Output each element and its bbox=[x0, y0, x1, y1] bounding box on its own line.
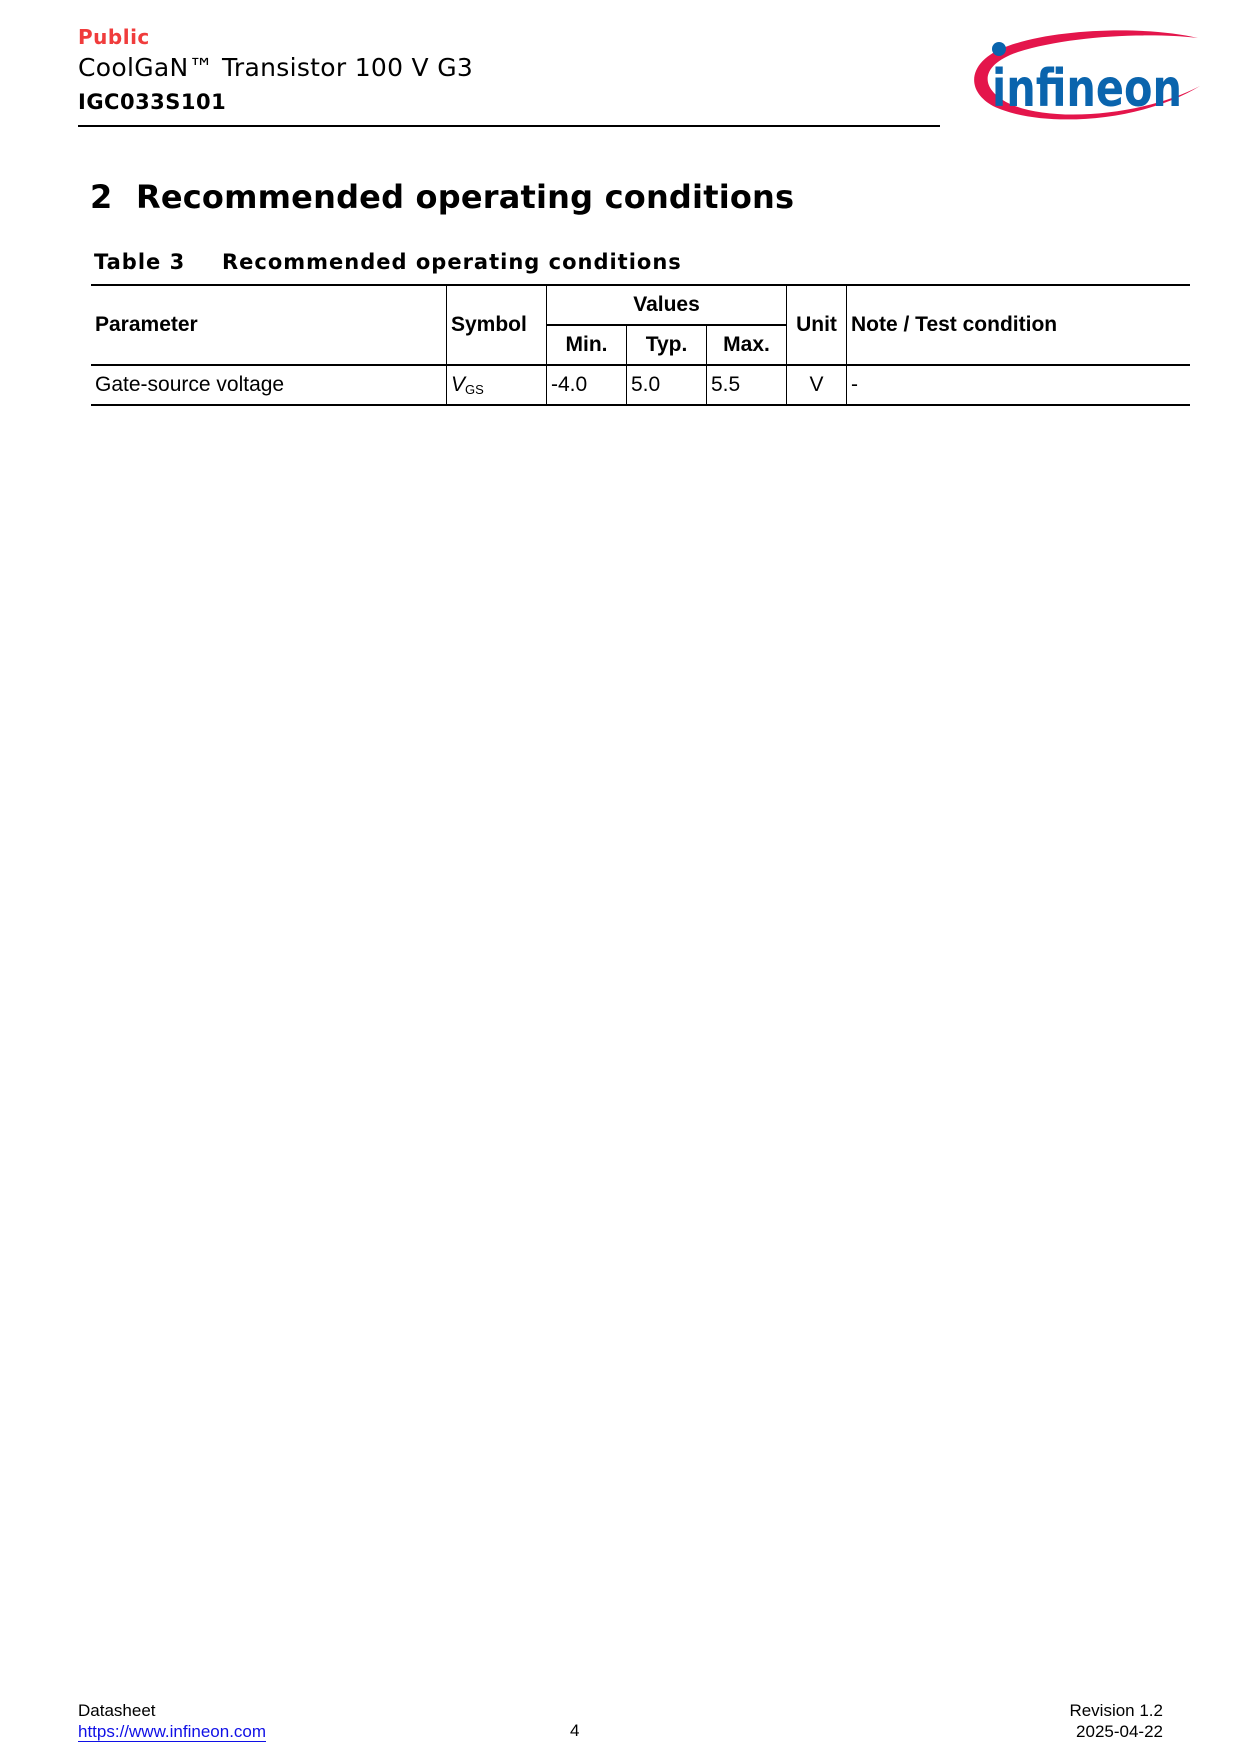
infineon-logo: infineon bbox=[968, 28, 1204, 138]
header-min: Min. bbox=[547, 325, 627, 365]
table-title: Recommended operating conditions bbox=[222, 250, 682, 274]
footer-left: Datasheet https://www.infineon.com bbox=[78, 1700, 266, 1742]
symbol-subscript: GS bbox=[465, 382, 484, 397]
svg-text:infineon: infineon bbox=[992, 59, 1182, 119]
header-note: Note / Test condition bbox=[847, 285, 1191, 365]
recommended-operating-conditions-table: Parameter Symbol Values Unit Note / Test… bbox=[91, 284, 1190, 406]
page-number: 4 bbox=[570, 1720, 579, 1741]
table-caption: Table 3Recommended operating conditions bbox=[94, 250, 682, 274]
cell-note: - bbox=[847, 365, 1191, 405]
section-title-text: Recommended operating conditions bbox=[136, 178, 794, 216]
revision: Revision 1.2 bbox=[1069, 1700, 1163, 1721]
cell-typ: 5.0 bbox=[627, 365, 707, 405]
section-heading: 2Recommended operating conditions bbox=[90, 178, 794, 216]
header-divider bbox=[78, 125, 940, 127]
header-unit: Unit bbox=[787, 285, 847, 365]
cell-parameter: Gate-source voltage bbox=[91, 365, 447, 405]
table-number: Table 3 bbox=[94, 250, 222, 274]
doc-type: Datasheet bbox=[78, 1700, 266, 1721]
header-typ: Typ. bbox=[627, 325, 707, 365]
cell-max: 5.5 bbox=[707, 365, 787, 405]
classification-label: Public bbox=[78, 24, 473, 50]
infineon-link[interactable]: https://www.infineon.com bbox=[78, 1722, 266, 1742]
header-values: Values bbox=[547, 285, 787, 325]
section-number: 2 bbox=[90, 178, 136, 216]
header-max: Max. bbox=[707, 325, 787, 365]
revision-date: 2025-04-22 bbox=[1069, 1721, 1163, 1742]
document-header: Public CoolGaN™ Transistor 100 V G3 IGC0… bbox=[78, 24, 473, 118]
cell-symbol: VGS bbox=[447, 365, 547, 405]
product-title: CoolGaN™ Transistor 100 V G3 bbox=[78, 50, 473, 86]
part-number: IGC033S101 bbox=[78, 86, 473, 118]
infineon-logo-icon: infineon bbox=[968, 28, 1204, 138]
cell-unit: V bbox=[787, 365, 847, 405]
table-row: Gate-source voltage VGS -4.0 5.0 5.5 V - bbox=[91, 365, 1190, 405]
footer-right: Revision 1.2 2025-04-22 bbox=[1069, 1700, 1163, 1742]
symbol-main: V bbox=[451, 373, 465, 396]
header-parameter: Parameter bbox=[91, 285, 447, 365]
header-symbol: Symbol bbox=[447, 285, 547, 365]
cell-min: -4.0 bbox=[547, 365, 627, 405]
